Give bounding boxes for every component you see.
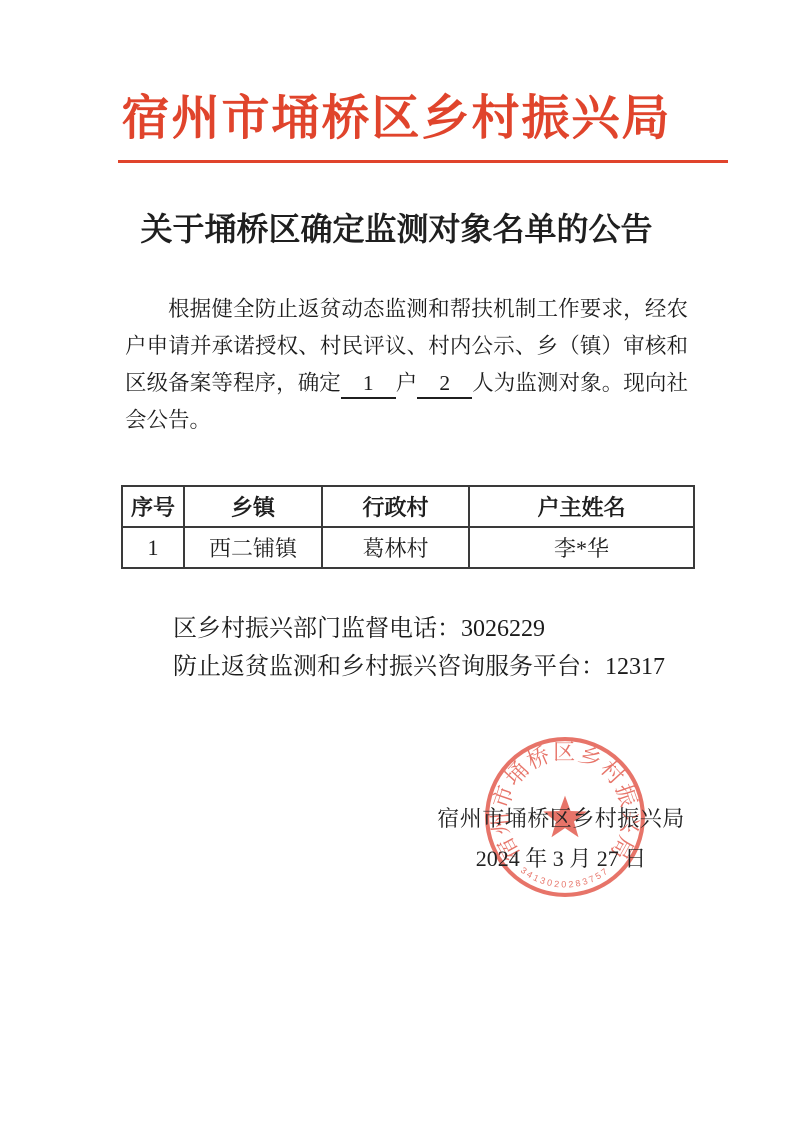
col-header-township: 乡镇 [184, 486, 322, 527]
cell-township: 西二铺镇 [184, 527, 322, 568]
household-count-blank: 1 [341, 371, 396, 399]
col-header-householder: 户主姓名 [469, 486, 694, 527]
header-divider [118, 160, 728, 163]
cell-index: 1 [122, 527, 184, 568]
signature-block: 宿州市埇桥区乡村振兴局 2024 年 3 月 27 日 [411, 805, 711, 873]
cell-householder: 李*华 [469, 527, 694, 568]
doc-title: 关于埇桥区确定监测对象名单的公告 [0, 207, 793, 251]
document-page: 宿州市埇桥区乡村振兴局 关于埇桥区确定监测对象名单的公告 根据健全防止返贫动态监… [0, 0, 793, 1121]
signature-date: 2024 年 3 月 27 日 [411, 845, 711, 873]
contact-info: 区乡村振兴部门监督电话：3026229 防止返贫监测和乡村振兴咨询服务平台：12… [173, 617, 793, 679]
supervision-phone-line: 区乡村振兴部门监督电话：3026229 [173, 617, 793, 641]
col-header-village: 行政村 [322, 486, 469, 527]
monitor-table: 序号 乡镇 行政村 户主姓名 1 西二铺镇 葛林村 李*华 [121, 485, 695, 569]
signature-org: 宿州市埇桥区乡村振兴局 [411, 805, 711, 833]
table-header-row: 序号 乡镇 行政村 户主姓名 [122, 486, 694, 527]
org-title: 宿州市埇桥区乡村振兴局 [0, 90, 793, 148]
col-header-index: 序号 [122, 486, 184, 527]
service-platform-line: 防止返贫监测和乡村振兴咨询服务平台：12317 [173, 655, 793, 679]
announcement-paragraph: 根据健全防止返贫动态监测和帮扶机制工作要求，经农户申请并承诺授权、村民评议、村内… [125, 291, 688, 439]
paragraph-text-mid: 户 [396, 371, 418, 395]
person-count-blank: 2 [417, 371, 472, 399]
table-row: 1 西二铺镇 葛林村 李*华 [122, 527, 694, 568]
cell-village: 葛林村 [322, 527, 469, 568]
